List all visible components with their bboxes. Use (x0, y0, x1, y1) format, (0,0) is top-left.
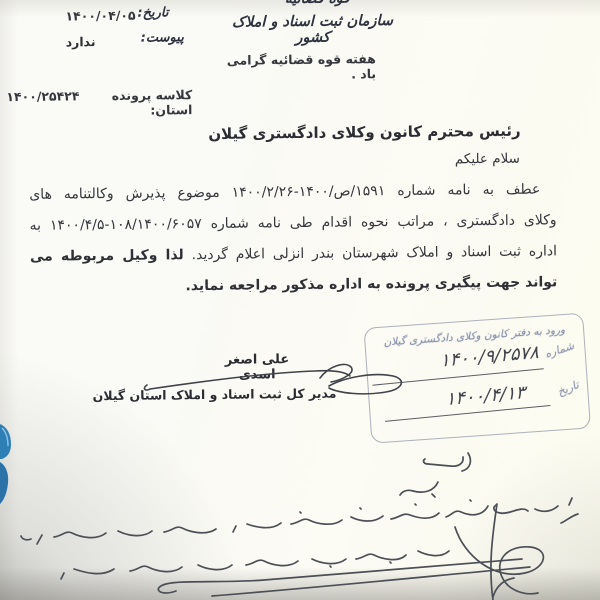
body-line-3-bold: لذا وکیل مربوطه می (30, 247, 184, 265)
letterhead-slogan: هفته قوه قضائیه گرامی باد . (226, 51, 376, 83)
letter-body: عطف به نامه شماره ۱۵۹۱/ص/۱۴۰۰-۱۴۰۰/۲/۲۶ … (29, 178, 557, 308)
letterhead-organization: سازمان ثبت اسناد و املاک کشور (219, 13, 405, 47)
typed-content: قوه قضائیه سازمان ثبت اسناد و املاک کشور… (0, 0, 600, 600)
attachment-value: ندارد (66, 34, 96, 49)
signatory-title: مدیر کل ثبت اسناد و املاک استان گیلان (134, 386, 336, 403)
body-line-1: عطف به نامه شماره ۱۵۹۱/ص/۱۴۰۰-۱۴۰۰/۲/۲۶ … (29, 178, 556, 208)
stamp-date-value: ۱۴۰۰/۴/۱۳ (446, 382, 526, 410)
stamp-date-label: تاریخ (556, 378, 581, 398)
date-label: تاریخ: (137, 5, 168, 20)
letterhead-authority: قوه قضائیه (265, 0, 369, 7)
date-value: ۱۴۰۰/۰۴/۰۵ (65, 8, 135, 24)
stamp-number-label: شماره (543, 339, 576, 361)
greeting-line: سلام علیکم (455, 151, 520, 168)
body-line-3: اداره ثبت اسناد و املاک شهرستان بندر انز… (30, 240, 557, 270)
body-line-3-regular: اداره ثبت اسناد و املاک شهرستان بندر انز… (184, 243, 557, 263)
body-line-4: تواند جهت پیگیری پرونده به اداره مذکور م… (30, 271, 557, 301)
case-file-line: کلاسه پرونده استان: ۱۴۰۰/۲۵۴۲۴ (6, 87, 192, 119)
registry-stamp: ورود به دفتر کانون وکلای دادگستری گیلان … (363, 313, 591, 444)
case-file-value: ۱۴۰۰/۲۵۴۲۴ (6, 88, 80, 119)
scanned-letter-photo: قوه قضائیه سازمان ثبت اسناد و املاک کشور… (0, 0, 600, 600)
body-line-2: وکلای دادگستری ، مراتب نحوه اقدام طی نام… (30, 209, 557, 239)
signatory-name: علی اصغر اسدی (206, 352, 308, 383)
attachment-label: پیوست: (141, 30, 184, 45)
stamp-number-value: ۱۴۰۰/۹/۲۵۷۸ (440, 342, 539, 372)
case-file-label: کلاسه پرونده استان: (79, 87, 192, 118)
addressee-line: رئیس محترم کانون وکلای دادگستری گیلان (208, 122, 521, 143)
